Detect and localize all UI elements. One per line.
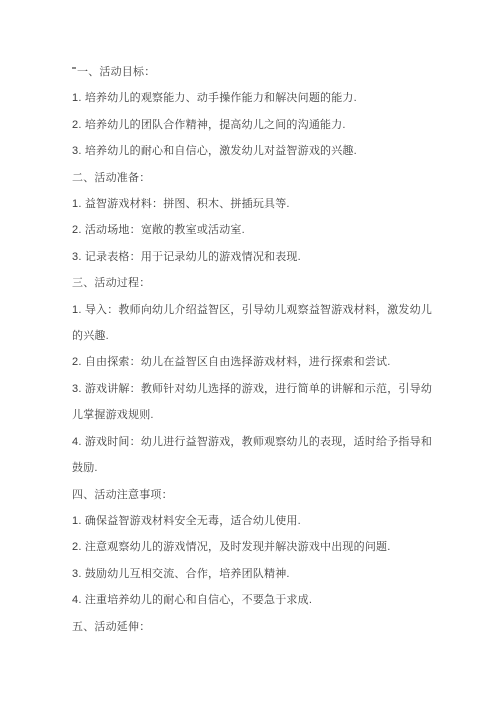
list-item: 3. 记录表格：用于记录幼儿的游戏情况和表现. [72, 244, 434, 270]
section-heading: 三、活动过程： [72, 270, 434, 296]
list-item: 2. 活动场地：宽敞的教室或活动室. [72, 217, 434, 243]
section-heading-text: 五、活动延伸： [72, 621, 150, 633]
scan-artifact-mark [72, 67, 76, 69]
section-heading-text: 一、活动目标： [77, 66, 155, 78]
list-item: 1. 导入：教师向幼儿介绍益智区，引导幼儿观察益智游戏材料，激发幼儿的兴趣. [72, 297, 434, 350]
section-heading: 一、活动目标： [72, 59, 434, 85]
section-activity-goals: 一、活动目标： 1. 培养幼儿的观察能力、动手操作能力和解决问题的能力. 2. … [72, 59, 434, 165]
list-item: 1. 培养幼儿的观察能力、动手操作能力和解决问题的能力. [72, 85, 434, 111]
section-activity-extension: 五、活动延伸： [72, 614, 434, 640]
section-heading: 五、活动延伸： [72, 614, 434, 640]
section-heading: 四、活动注意事项： [72, 482, 434, 508]
section-heading-text: 三、活动过程： [72, 277, 150, 289]
section-heading: 二、活动准备： [72, 165, 434, 191]
screenshot-root: { "page": { "background_color": "#ffffff… [0, 0, 500, 707]
section-activity-preparation: 二、活动准备： 1. 益智游戏材料：拼图、积木、拼插玩具等. 2. 活动场地：宽… [72, 165, 434, 271]
list-item: 2. 自由探索：幼儿在益智区自由选择游戏材料，进行探索和尝试. [72, 349, 434, 375]
list-item: 3. 鼓励幼儿互相交流、合作，培养团队精神. [72, 561, 434, 587]
list-item: 1. 确保益智游戏材料安全无毒，适合幼儿使用. [72, 508, 434, 534]
list-item: 1. 益智游戏材料：拼图、积木、拼插玩具等. [72, 191, 434, 217]
list-item: 2. 培养幼儿的团队合作精神，提高幼儿之间的沟通能力. [72, 112, 434, 138]
section-activity-process: 三、活动过程： 1. 导入：教师向幼儿介绍益智区，引导幼儿观察益智游戏材料，激发… [72, 270, 434, 481]
list-item: 3. 游戏讲解：教师针对幼儿选择的游戏，进行简单的讲解和示范，引导幼儿掌握游戏规… [72, 376, 434, 429]
section-activity-precautions: 四、活动注意事项： 1. 确保益智游戏材料安全无毒，适合幼儿使用. 2. 注意观… [72, 482, 434, 614]
list-item: 3. 培养幼儿的耐心和自信心，激发幼儿对益智游戏的兴趣. [72, 138, 434, 164]
list-item: 4. 游戏时间：幼儿进行益智游戏，教师观察幼儿的表现，适时给予指导和鼓励. [72, 429, 434, 482]
document-page: 一、活动目标： 1. 培养幼儿的观察能力、动手操作能力和解决问题的能力. 2. … [0, 0, 500, 707]
section-heading-text: 四、活动注意事项： [72, 489, 173, 501]
section-heading-text: 二、活动准备： [72, 172, 150, 184]
list-item: 4. 注重培养幼儿的耐心和自信心，不要急于求成. [72, 587, 434, 613]
list-item: 2. 注意观察幼儿的游戏情况，及时发现并解决游戏中出现的问题. [72, 534, 434, 560]
